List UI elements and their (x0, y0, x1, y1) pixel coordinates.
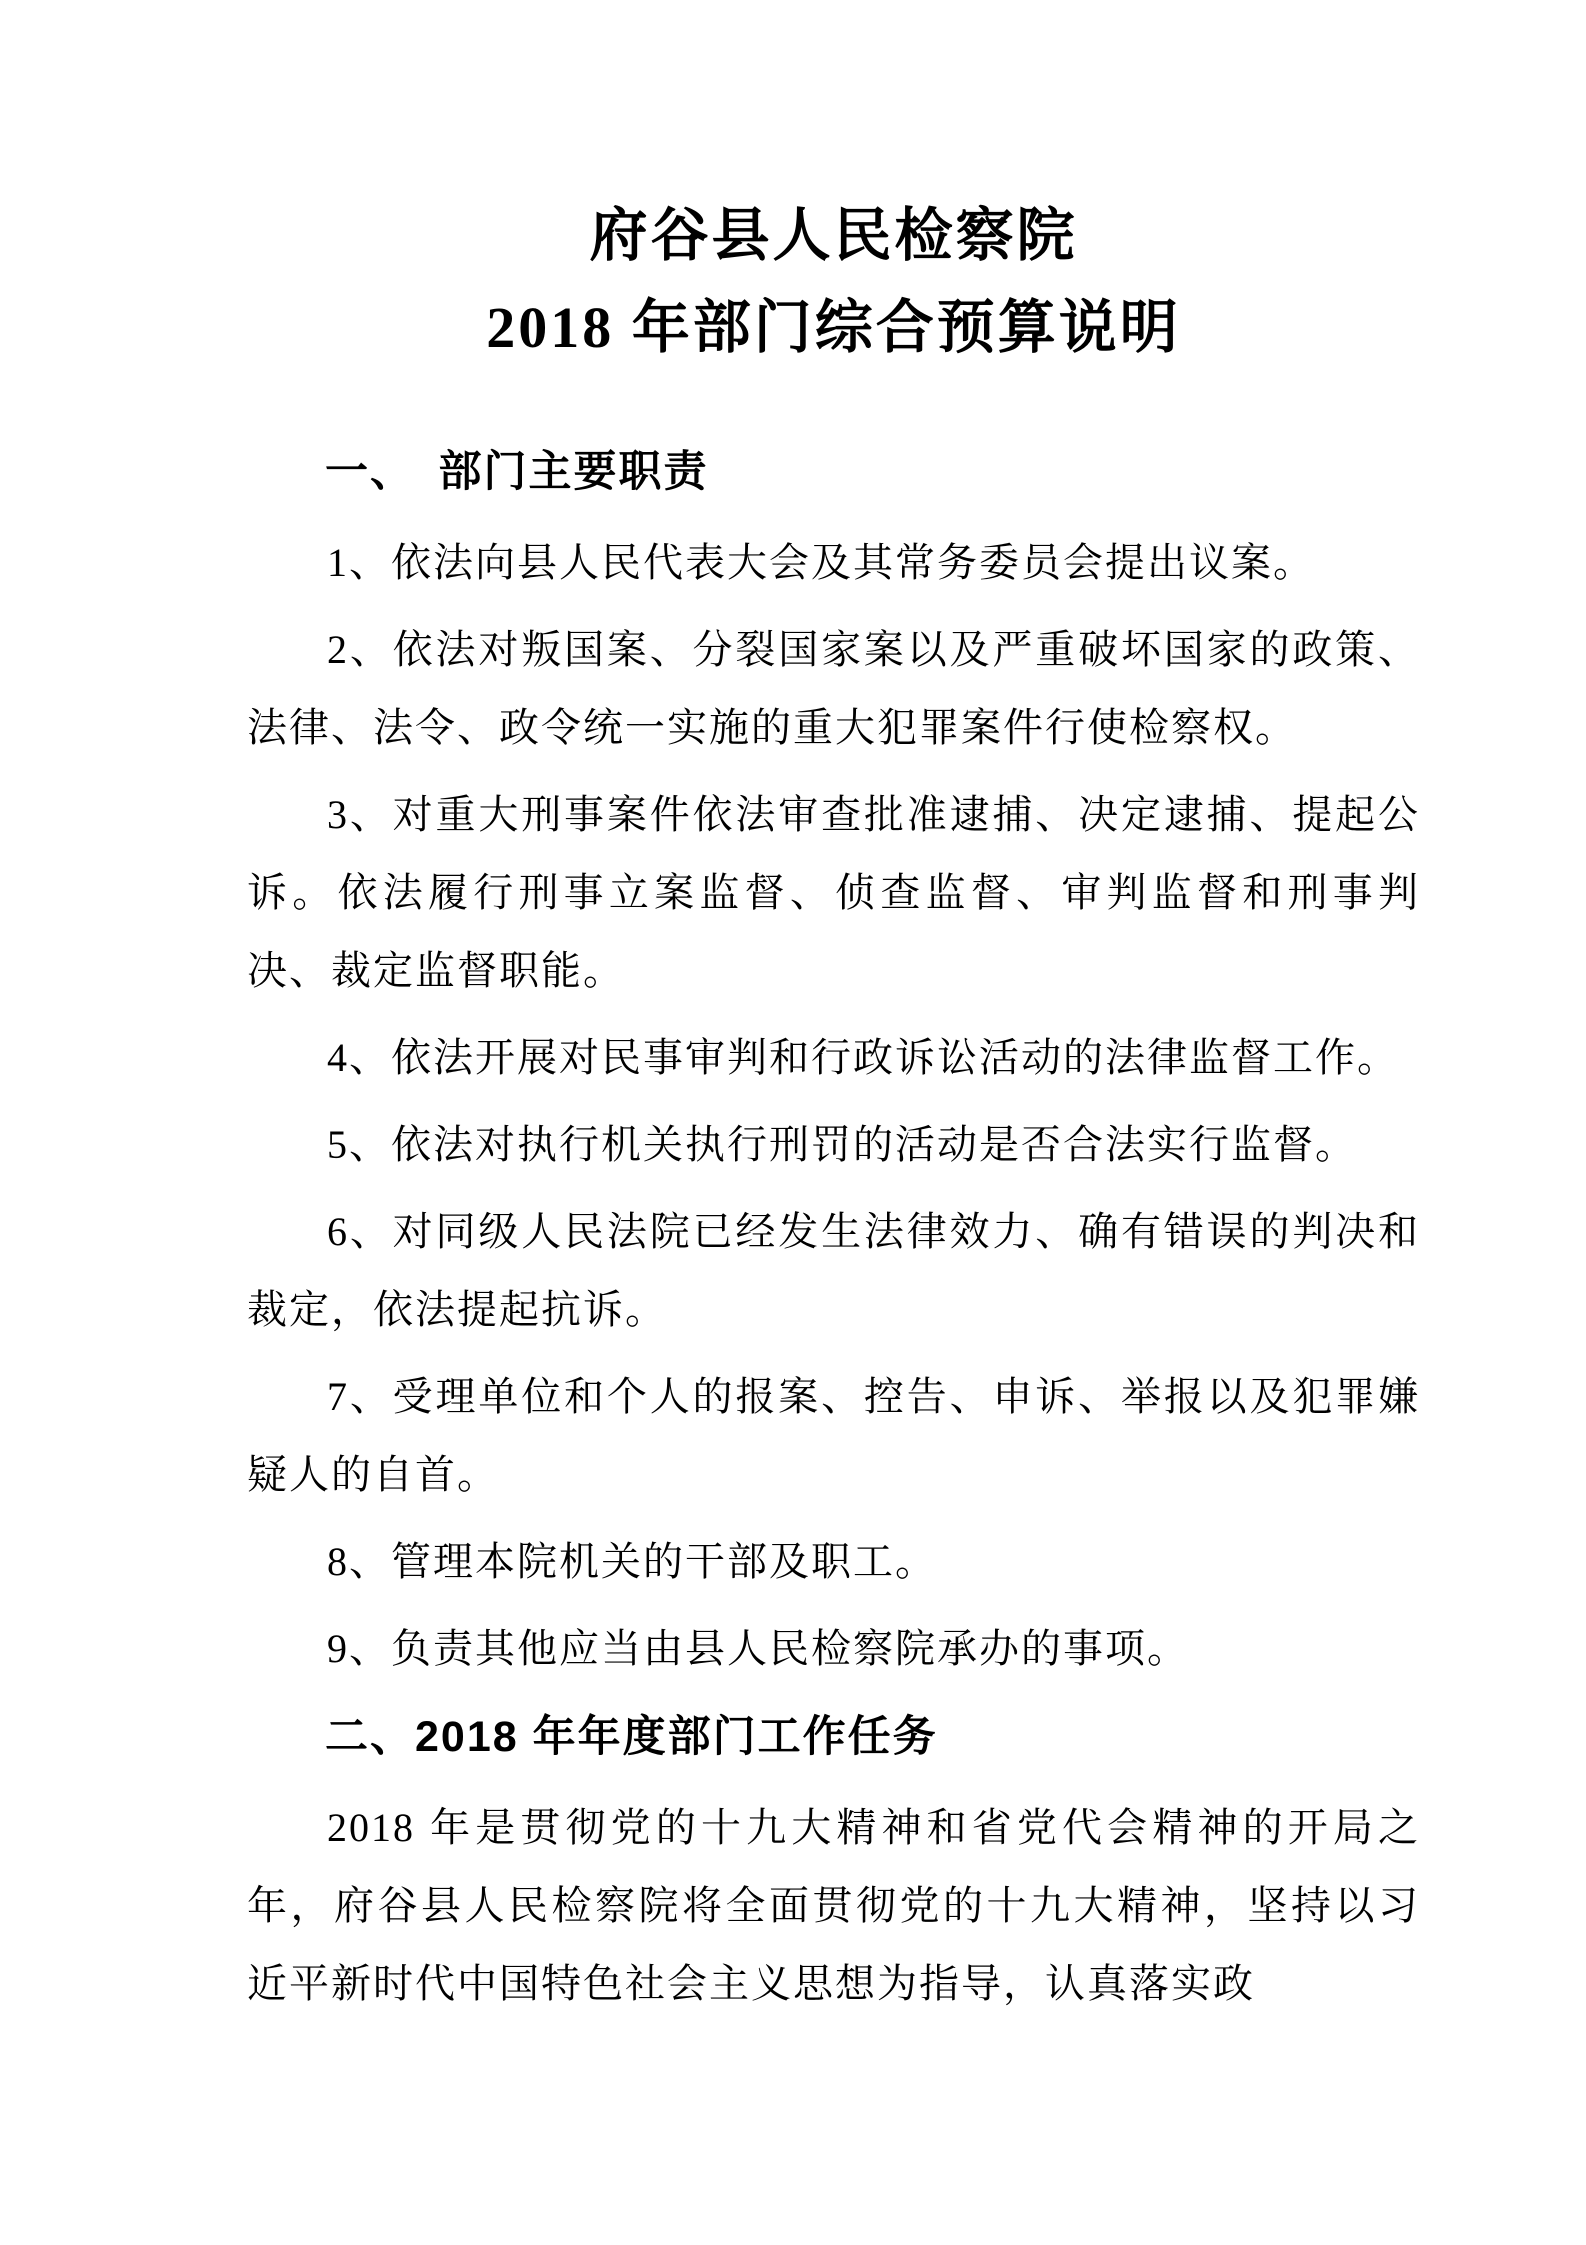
duty-item-2: 2、依法对叛国案、分裂国家案以及严重破坏国家的政策、法律、法令、政令统一实施的重… (247, 611, 1420, 767)
duty-item-8: 8、管理本院机关的干部及职工。 (247, 1523, 1420, 1601)
duty-item-7: 7、受理单位和个人的报案、控告、申诉、举报以及犯罪嫌疑人的自首。 (247, 1358, 1420, 1514)
document-subtitle: 2018 年部门综合预算说明 (247, 282, 1420, 374)
document-title-block: 府谷县人民检察院 2018 年部门综合预算说明 (247, 190, 1420, 374)
duty-item-1: 1、依法向县人民代表大会及其常务委员会提出议案。 (247, 524, 1420, 602)
duty-item-3: 3、对重大刑事案件依法审查批准逮捕、决定逮捕、提起公诉。依法履行刑事立案监督、侦… (247, 776, 1420, 1010)
section-2-heading: 二、2018 年年度部门工作任务 (247, 1697, 1420, 1777)
duty-item-4: 4、依法开展对民事审判和行政诉讼活动的法律监督工作。 (247, 1019, 1420, 1097)
section-1-heading: 一、 部门主要职责 (247, 432, 1420, 512)
tasks-paragraph: 2018 年是贯彻党的十九大精神和省党代会精神的开局之年，府谷县人民检察院将全面… (247, 1789, 1420, 2023)
duty-item-9: 9、负责其他应当由县人民检察院承办的事项。 (247, 1610, 1420, 1688)
duty-item-5: 5、依法对执行机关执行刑罚的活动是否合法实行监督。 (247, 1106, 1420, 1184)
document-page: 府谷县人民检察院 2018 年部门综合预算说明 一、 部门主要职责 1、依法向县… (0, 0, 1586, 2245)
document-title: 府谷县人民检察院 (247, 190, 1420, 282)
duty-item-6: 6、对同级人民法院已经发生法律效力、确有错误的判决和裁定，依法提起抗诉。 (247, 1193, 1420, 1349)
